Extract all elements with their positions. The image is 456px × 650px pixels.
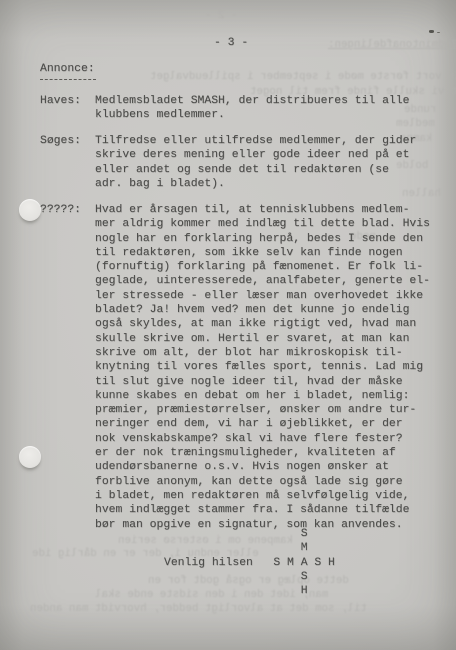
questions-paragraph: Hvad er årsagen til, at tennisklubbens m…: [95, 203, 430, 532]
bleed-through-text: Badmintonafdelingen:: [328, 39, 456, 52]
scanned-page: - 2 - Badmintonafdelingen: Er vort først…: [0, 0, 456, 650]
bleed-through-text: til, som det at alvorligt bedder, hvorvi…: [30, 603, 367, 616]
ink-speck: [429, 30, 434, 33]
page-number: - 3 -: [214, 36, 248, 50]
punch-hole-top: [19, 199, 41, 221]
haves-label: Haves:: [40, 94, 81, 108]
soges-text: Tilfredse eller utilfredse medlemmer, de…: [95, 134, 416, 191]
annonce-underline: [40, 79, 96, 80]
bleed-through-text: - 2 -: [205, 10, 237, 23]
punch-hole-bottom: [19, 446, 41, 468]
haves-text: Medlemsbladet SMASH, der distribueres ti…: [95, 94, 409, 123]
annonce-heading: Annonce:: [40, 62, 95, 76]
bleed-through-text: Er vort første møde i september i spille…: [150, 71, 456, 84]
soges-label: Søges:: [40, 134, 81, 148]
questions-label: ?????:: [40, 203, 81, 217]
signature-smash-crossword: S M Venlig hilsen S M A S H S H: [164, 527, 335, 598]
